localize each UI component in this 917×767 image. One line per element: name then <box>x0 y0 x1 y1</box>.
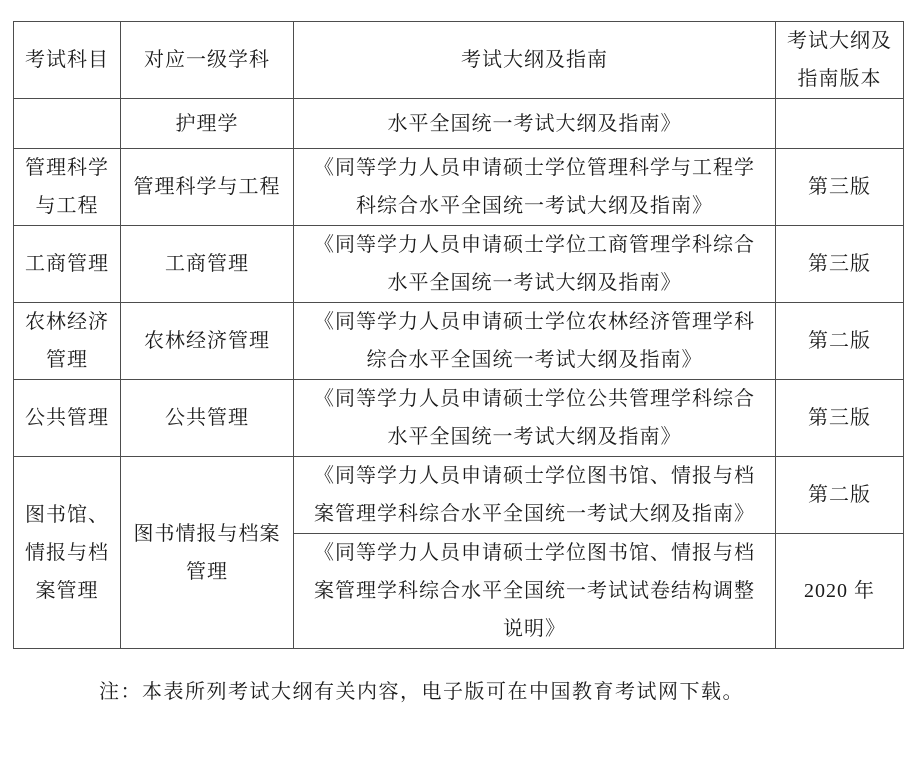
header-discipline: 对应一级学科 <box>121 22 294 99</box>
cell-guide: 《同等学力人员申请硕士学位管理科学与工程学 科综合水平全国统一考试大纲及指南》 <box>294 149 776 226</box>
cell-exam-subject <box>14 99 121 149</box>
header-guide: 考试大纲及指南 <box>294 22 776 99</box>
cell-version <box>776 99 904 149</box>
cell-version: 第三版 <box>776 380 904 457</box>
cell-discipline: 农林经济管理 <box>121 303 294 380</box>
cell-guide: 《同等学力人员申请硕士学位工商管理学科综合 水平全国统一考试大纲及指南》 <box>294 226 776 303</box>
header-version: 考试大纲及 指南版本 <box>776 22 904 99</box>
cell-guide: 《同等学力人员申请硕士学位图书馆、情报与档 案管理学科综合水平全国统一考试试卷结… <box>294 534 776 649</box>
cell-version: 第二版 <box>776 457 904 534</box>
cell-discipline: 工商管理 <box>121 226 294 303</box>
cell-guide: 《同等学力人员申请硕士学位农林经济管理学科 综合水平全国统一考试大纲及指南》 <box>294 303 776 380</box>
cell-exam-subject: 图书馆、 情报与档 案管理 <box>14 457 121 649</box>
cell-guide: 《同等学力人员申请硕士学位图书馆、情报与档 案管理学科综合水平全国统一考试大纲及… <box>294 457 776 534</box>
cell-version: 第三版 <box>776 226 904 303</box>
cell-version: 第三版 <box>776 149 904 226</box>
cell-discipline: 公共管理 <box>121 380 294 457</box>
cell-guide: 《同等学力人员申请硕士学位公共管理学科综合 水平全国统一考试大纲及指南》 <box>294 380 776 457</box>
table-header-row: 考试科目 对应一级学科 考试大纲及指南 考试大纲及 指南版本 <box>14 22 904 99</box>
exam-guide-table: 考试科目 对应一级学科 考试大纲及指南 考试大纲及 指南版本 护理学 水平全国统… <box>13 21 904 649</box>
cell-exam-subject: 管理科学 与工程 <box>14 149 121 226</box>
table-row-library-info-1: 图书馆、 情报与档 案管理 图书情报与档案 管理 《同等学力人员申请硕士学位图书… <box>14 457 904 534</box>
table-row-public-admin: 公共管理 公共管理 《同等学力人员申请硕士学位公共管理学科综合 水平全国统一考试… <box>14 380 904 457</box>
cell-discipline: 护理学 <box>121 99 294 149</box>
cell-version: 第二版 <box>776 303 904 380</box>
footnote: 注：本表所列考试大纲有关内容，电子版可在中国教育考试网下载。 <box>99 680 744 704</box>
cell-exam-subject: 农林经济 管理 <box>14 303 121 380</box>
cell-discipline: 图书情报与档案 管理 <box>121 457 294 649</box>
cell-version: 2020 年 <box>776 534 904 649</box>
cell-guide: 水平全国统一考试大纲及指南》 <box>294 99 776 149</box>
table-row-agri-economics: 农林经济 管理 农林经济管理 《同等学力人员申请硕士学位农林经济管理学科 综合水… <box>14 303 904 380</box>
cell-discipline: 管理科学与工程 <box>121 149 294 226</box>
table-row-business-admin: 工商管理 工商管理 《同等学力人员申请硕士学位工商管理学科综合 水平全国统一考试… <box>14 226 904 303</box>
header-exam-subject: 考试科目 <box>14 22 121 99</box>
cell-exam-subject: 公共管理 <box>14 380 121 457</box>
document-page: 考试科目 对应一级学科 考试大纲及指南 考试大纲及 指南版本 护理学 水平全国统… <box>0 0 917 767</box>
cell-exam-subject: 工商管理 <box>14 226 121 303</box>
table-row-management-science: 管理科学 与工程 管理科学与工程 《同等学力人员申请硕士学位管理科学与工程学 科… <box>14 149 904 226</box>
table-row-nursing-continued: 护理学 水平全国统一考试大纲及指南》 <box>14 99 904 149</box>
